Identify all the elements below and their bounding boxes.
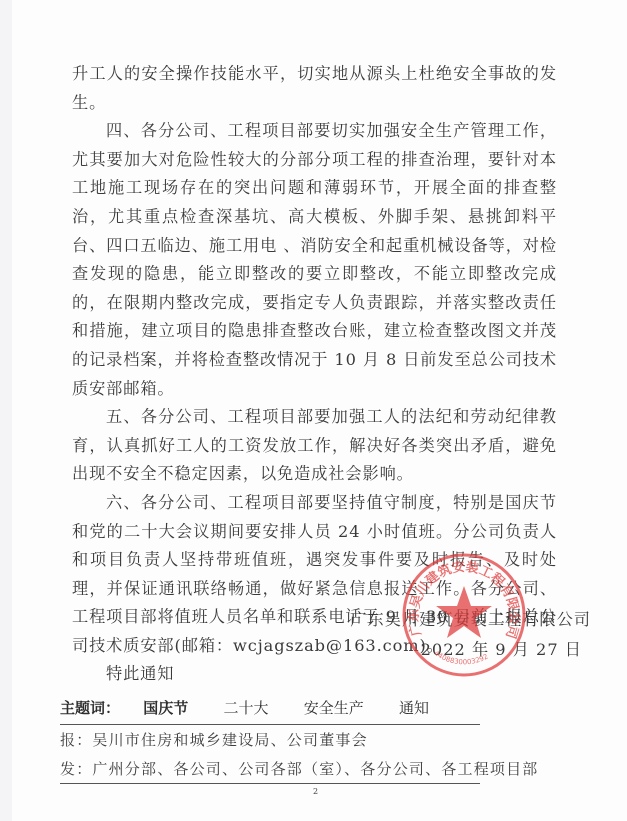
keyword: 二十大 xyxy=(224,694,269,722)
paragraph-item-4: 四、各分公司、工程项目部要切实加强安全生产管理工作，尤其要加大对危险性较大的分部… xyxy=(72,117,557,403)
keyword: 通知 xyxy=(399,694,429,722)
svg-text:4408830003292: 4408830003292 xyxy=(433,649,490,666)
company-seal-icon: 广东吴川建筑安装工程有限公司 4408830003292 xyxy=(401,552,527,678)
subject-keywords: 主题词： 国庆节 二十大 安全生产 通知 xyxy=(60,694,480,725)
subject-label: 主题词： xyxy=(60,694,120,722)
report-to: 报：吴川市住房和城乡建设局、公司董事会 xyxy=(60,726,480,754)
paragraph-item-5: 五、各分公司、工程项目部要加强工人的法纪和劳动纪律教育，认真抓好工人的工资发放工… xyxy=(72,403,557,489)
keyword: 安全生产 xyxy=(304,694,364,722)
send-to: 发：广州分部、各公司、公司各部（室）、各分公司、各工程项目部 xyxy=(60,755,480,784)
keyword: 国庆节 xyxy=(143,694,188,722)
page-number: 2 xyxy=(313,787,318,796)
paragraph-continuation: 升工人的安全操作技能水平，切实地从源头上杜绝安全事故的发生。 xyxy=(72,60,557,117)
